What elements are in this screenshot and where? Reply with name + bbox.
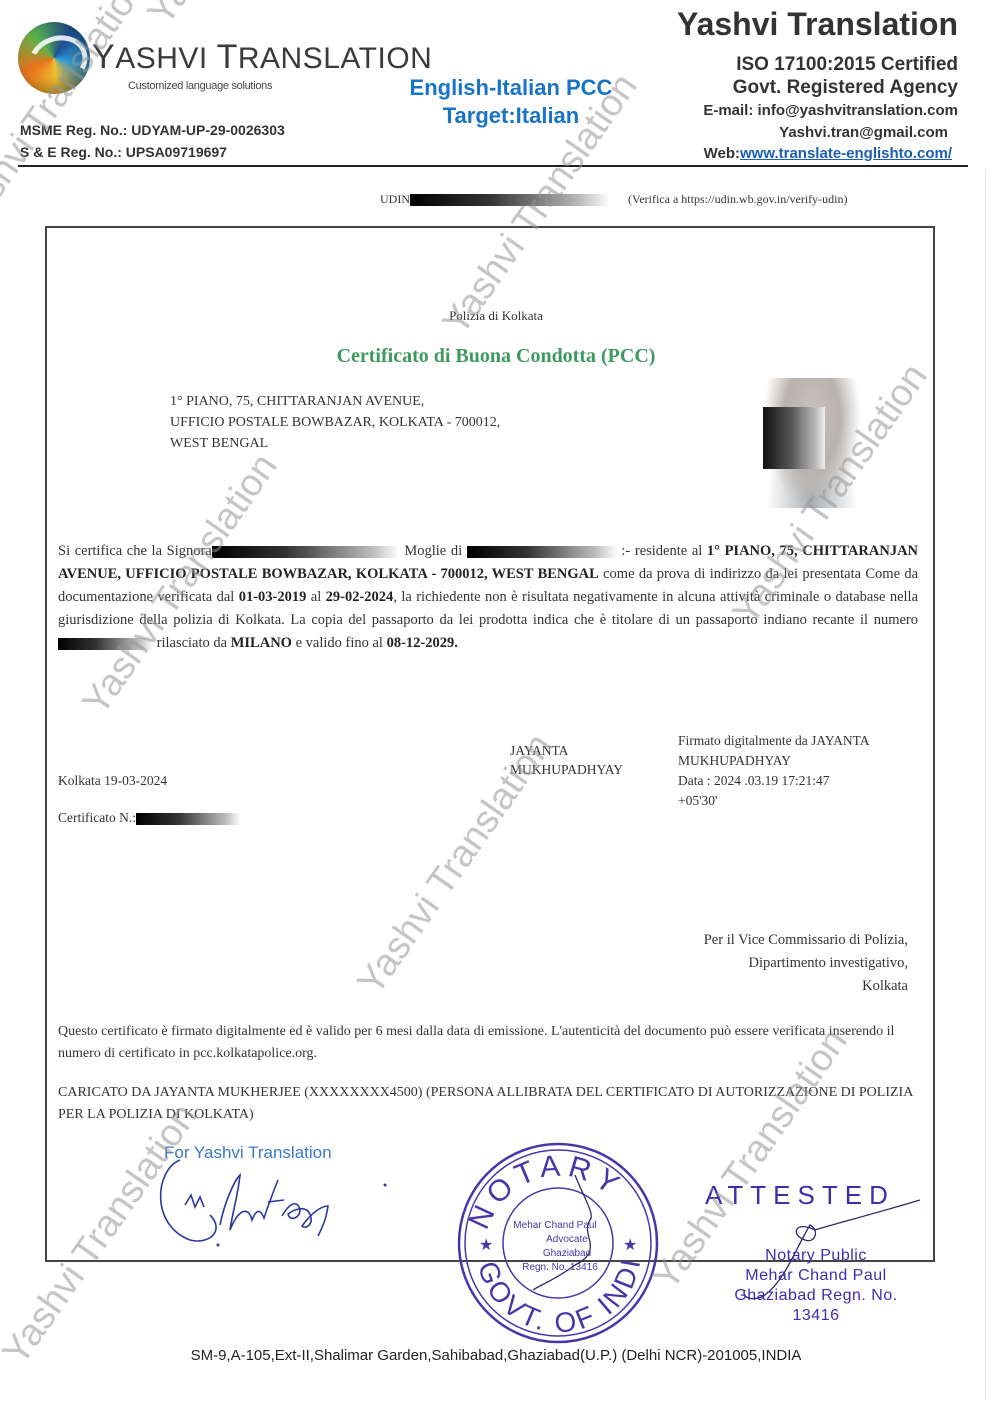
translator-signature-icon xyxy=(150,1150,410,1250)
brand-text-part1: ASHVI xyxy=(115,42,216,75)
signer-last-name: MUKHUPADHYAY xyxy=(510,760,623,779)
validity-note: Questo certificato è firmato digitalment… xyxy=(58,1021,928,1065)
dept-line: Kolkata xyxy=(704,975,908,998)
applicant-name-redacted xyxy=(212,546,400,558)
udin-verify-note: (Verifica a https://udin.wb.gov.in/verif… xyxy=(628,192,848,207)
msme-registration: MSME Reg. No.: UDYAM-UP-29-0026303 xyxy=(20,122,285,138)
office-address: 1° PIANO, 75, CHITTARANJAN AVENUE, UFFIC… xyxy=(170,391,500,454)
govt-registration: Govt. Registered Agency xyxy=(733,77,958,99)
passport-issue-place: MILANO xyxy=(231,635,292,651)
company-logo-globe-icon xyxy=(18,22,90,94)
digital-signature-block: Firmato digitalmente da JAYANTA MUKHUPAD… xyxy=(678,731,870,811)
digital-signature-tz: +05'30' xyxy=(678,791,870,811)
address-line: 1° PIANO, 75, CHITTARANJAN AVENUE, xyxy=(170,391,500,412)
notary-center-name: Mehar Chand Paul xyxy=(513,1220,596,1231)
brand-text-part2: RANSLATION xyxy=(238,42,432,75)
department-signature: Per il Vice Commissario di Polizia, Dipa… xyxy=(704,929,908,998)
svg-text:★: ★ xyxy=(623,1237,637,1254)
company-website: Web:www.translate-englishto.com/ xyxy=(704,145,952,162)
certificate-number: Certificato N.: xyxy=(58,810,241,826)
svg-text:★: ★ xyxy=(479,1237,493,1254)
body-text: :- residente al xyxy=(621,543,707,559)
notary-public-block: Notary Public Mehar Chand Paul Ghaziabad… xyxy=(716,1246,916,1326)
office-address-footer: SM-9,A-105,Ext-II,Shalimar Garden,Sahiba… xyxy=(0,1347,992,1364)
issuing-authority: Polizia di Kolkata xyxy=(0,308,992,324)
notary-center-regn: Regn. No. 13416 xyxy=(522,1262,598,1273)
period-end: 29-02-2024 xyxy=(326,589,394,605)
spouse-name-redacted xyxy=(467,546,617,558)
watermark: Yashvi Translation xyxy=(140,0,352,33)
dept-line: Per il Vice Commissario di Polizia, xyxy=(704,929,908,952)
notary-center-title: Advocate xyxy=(546,1234,588,1245)
body-text: rilasciato da xyxy=(153,635,231,651)
body-text: Si certifica che la Signora xyxy=(58,543,212,559)
notary-seal-icon: NOTARY GOVT. OF INDIA ★ ★ Mehar Chand Pa… xyxy=(455,1140,660,1345)
body-text: e valido fino al xyxy=(292,635,387,651)
passport-expiry: 08-12-2029. xyxy=(387,635,458,651)
brand-initial-t: T xyxy=(217,38,238,76)
body-text: al xyxy=(306,589,325,605)
udin-label: UDIN xyxy=(380,192,410,206)
translation-pair-label: English-Italian PCC Target:Italian xyxy=(380,74,642,130)
company-email: E-mail: info@yashvitranslation.com xyxy=(703,102,958,119)
period-start: 01-03-2019 xyxy=(239,589,307,605)
brand-logo-text: YASHVI TRANSLATION xyxy=(92,38,432,77)
certificate-title: Certificato di Buona Condotta (PCC) xyxy=(0,345,992,368)
se-registration: S & E Reg. No.: UPSA09719697 xyxy=(20,144,227,160)
company-title: Yashvi Translation xyxy=(677,6,958,43)
website-link[interactable]: www.translate-englishto.com/ xyxy=(740,145,952,162)
pcc-language-pair: English-Italian PCC xyxy=(380,74,642,102)
body-text: Moglie di xyxy=(404,543,462,559)
notary-public-regn: Ghaziabad Regn. No. 13416 xyxy=(716,1286,916,1326)
signer-first-name: JAYANTA xyxy=(510,741,623,760)
digital-signature-line: Firmato digitalmente da JAYANTA xyxy=(678,731,870,751)
digital-signature-line: MUKHUPADHYAY xyxy=(678,751,870,771)
brand-initial-y: Y xyxy=(92,38,115,76)
notary-public-name: Mehar Chand Paul xyxy=(716,1266,916,1286)
place-date: Kolkata 19-03-2024 xyxy=(58,773,167,789)
applicant-face-redacted xyxy=(763,407,825,469)
uploaded-by-note: CARICATO DA JAYANTA MUKHERJEE (XXXXXXXX4… xyxy=(58,1082,918,1126)
notary-center-city: Ghaziabad xyxy=(543,1248,591,1259)
address-line: WEST BENGAL xyxy=(170,433,500,454)
certificate-body: Si certifica che la Signora Moglie di :-… xyxy=(58,540,918,655)
digital-signature-date: Data : 2024 .03.19 17:21:47 xyxy=(678,771,870,791)
signer-name: JAYANTA MUKHUPADHYAY xyxy=(510,741,623,779)
header-divider xyxy=(18,165,968,167)
iso-certification: ISO 17100:2015 Certified xyxy=(736,54,958,76)
udin-field: UDIN xyxy=(380,192,610,207)
brand-tagline: Customized language solutions xyxy=(128,80,272,92)
company-email-alt: Yashvi.tran@gmail.com xyxy=(779,124,948,141)
cert-no-redacted xyxy=(136,813,241,825)
dept-line: Dipartimento investigativo, xyxy=(704,952,908,975)
cert-no-label: Certificato N.: xyxy=(58,810,136,825)
passport-number-redacted xyxy=(58,638,153,650)
udin-redacted xyxy=(410,194,610,206)
pcc-target-language: Target:Italian xyxy=(380,102,642,130)
web-label: Web: xyxy=(704,145,740,162)
notary-public-title: Notary Public xyxy=(716,1246,916,1266)
address-line: UFFICIO POSTALE BOWBAZAR, KOLKATA - 7000… xyxy=(170,412,500,433)
